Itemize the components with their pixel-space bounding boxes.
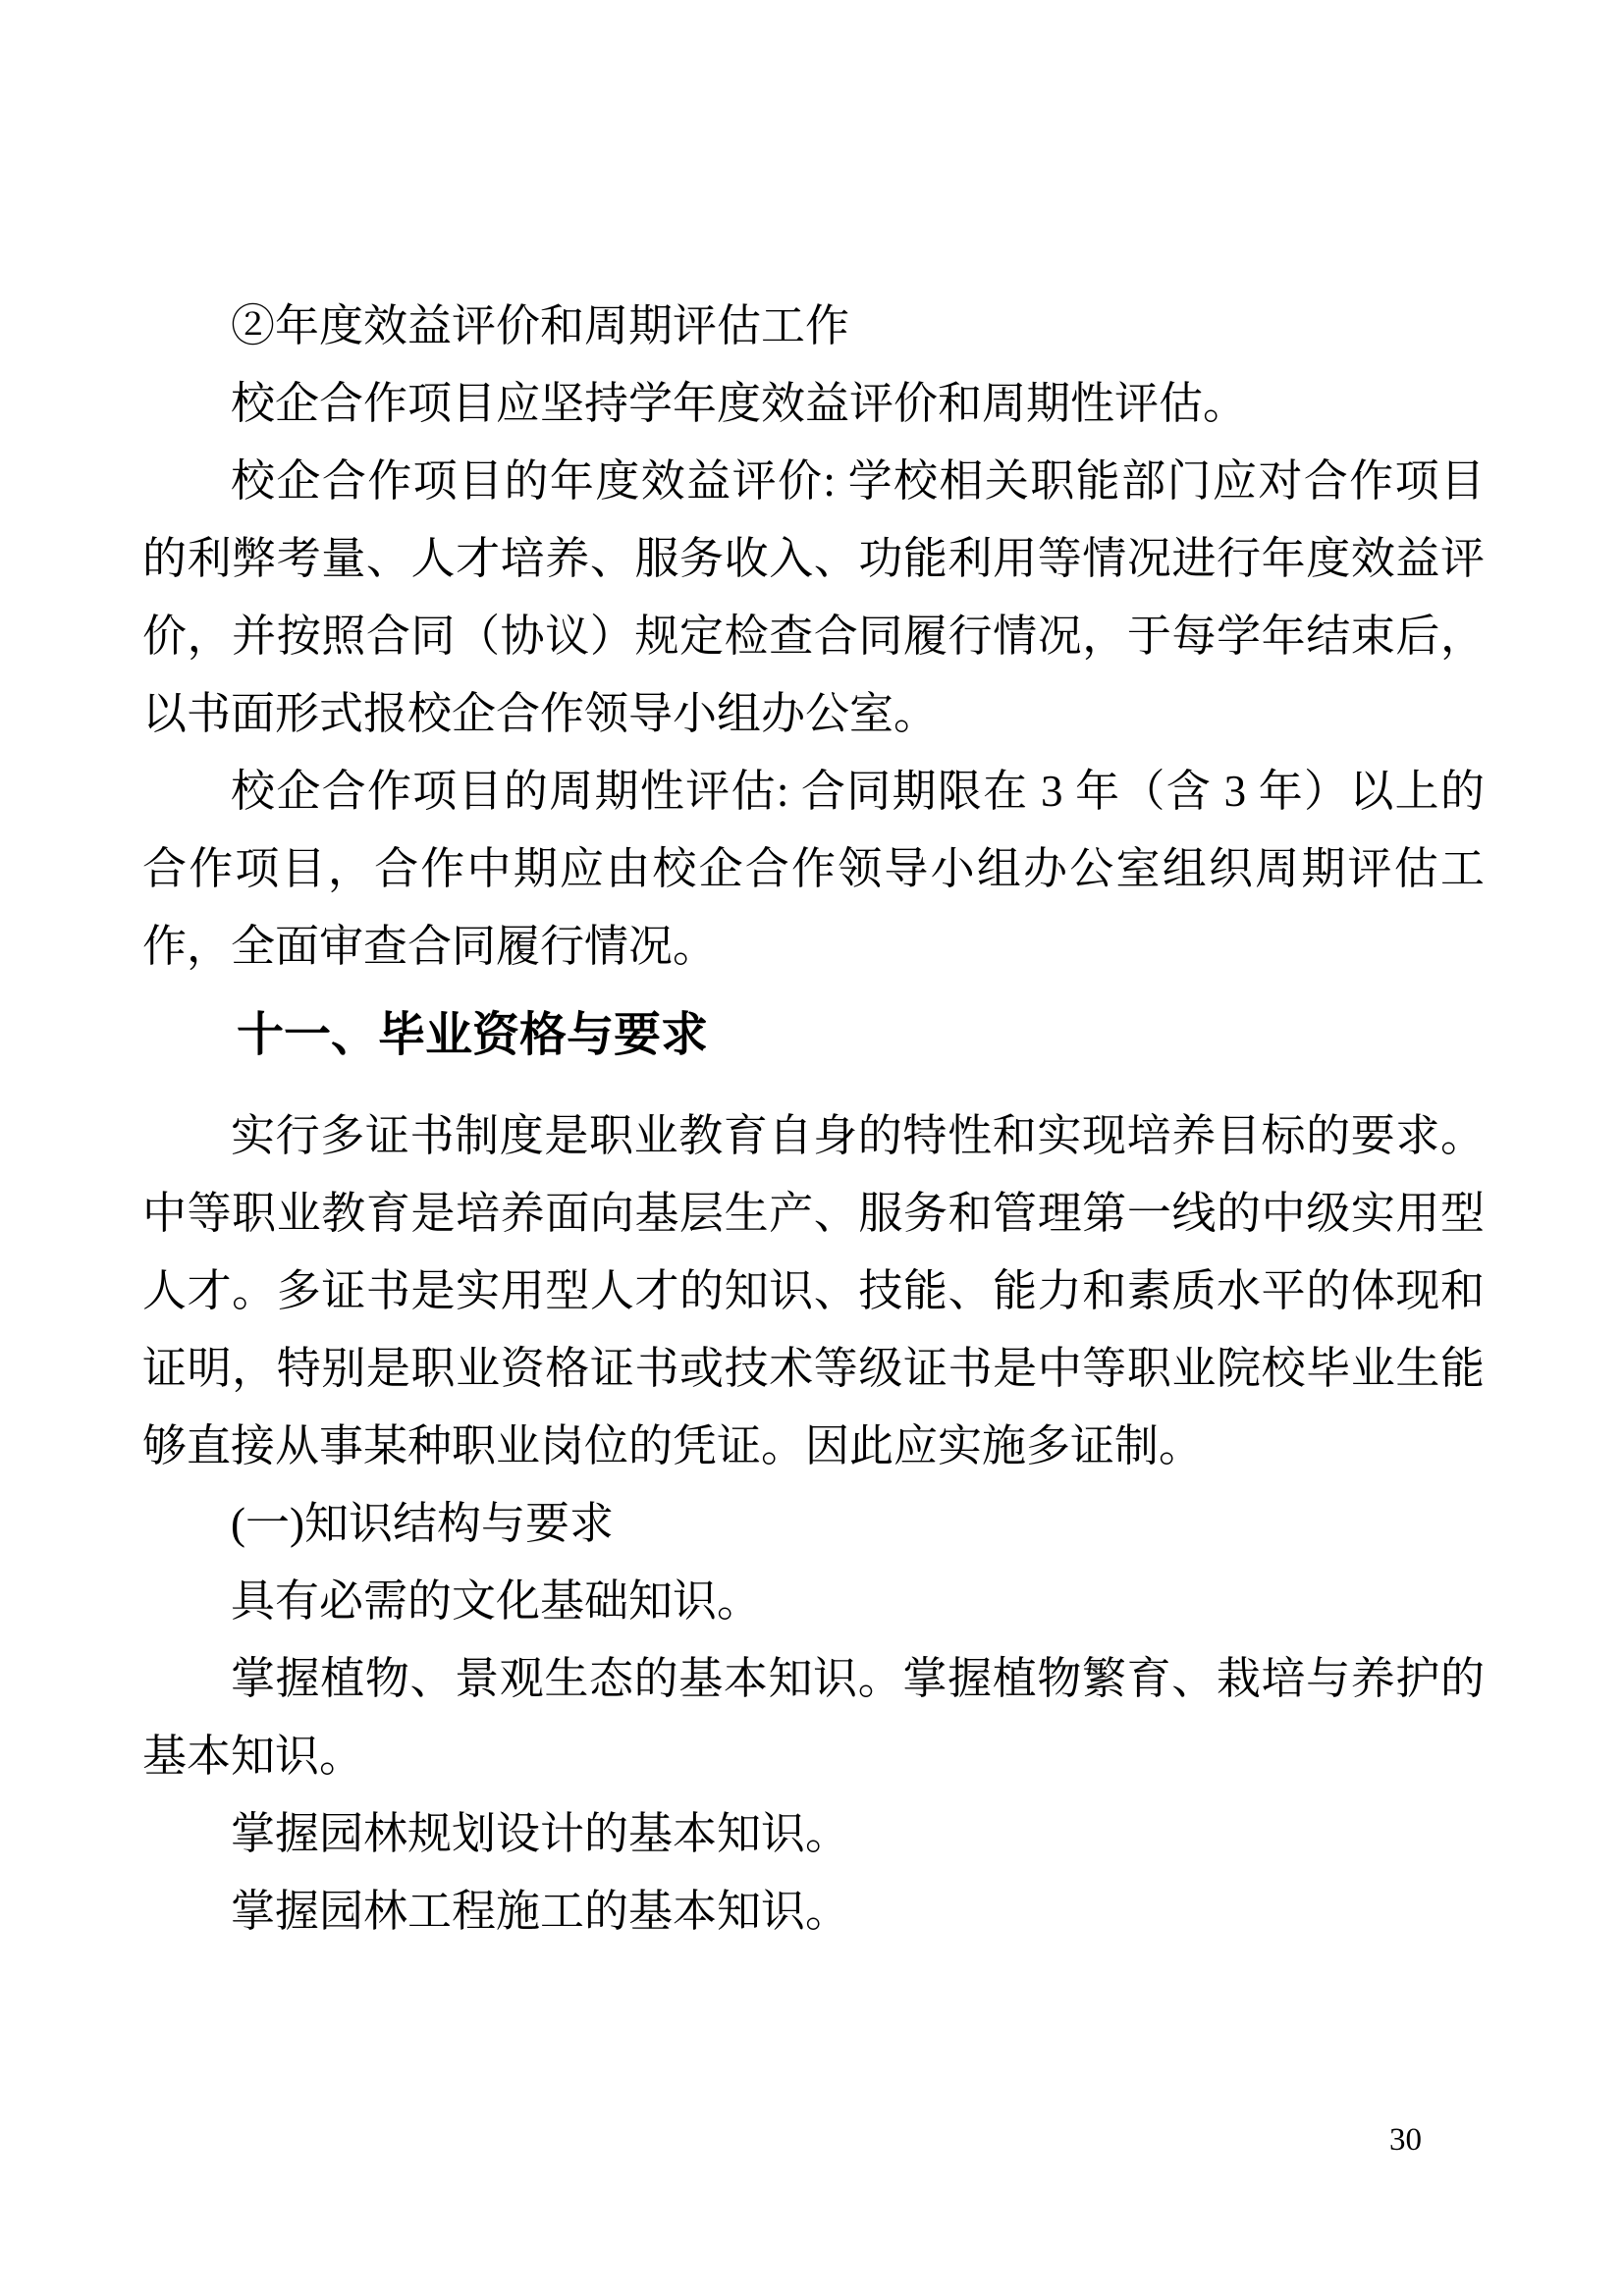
paragraph-evaluation-principle: 校企合作项目应坚持学年度效益评价和周期性评估。 [142, 365, 1485, 443]
subheading-knowledge-structure: (一)知识结构与要求 [142, 1485, 1485, 1563]
paragraph-landscape-planning-knowledge: 掌握园林规划设计的基本知识。 [142, 1795, 1485, 1873]
paragraph-periodic-assessment: 校企合作项目的周期性评估: 合同期限在 3 年（含 3 年）以上的合作项目，合作… [142, 753, 1485, 986]
paragraph-plant-knowledge: 掌握植物、景观生态的基本知识。掌握植物繁育、栽培与养护的基本知识。 [142, 1640, 1485, 1795]
page-number: 30 [1389, 2120, 1422, 2160]
paragraph-multi-certificate-system: 实行多证书制度是职业教育自身的特性和实现培养目标的要求。中等职业教育是培养面向基… [142, 1097, 1485, 1485]
paragraph-annual-benefit-evaluation: 校企合作项目的年度效益评价: 学校相关职能部门应对合作项目的利弊考量、人才培养、… [142, 443, 1485, 753]
section-heading-graduation-requirements: 十一、毕业资格与要求 [142, 1001, 1485, 1070]
paragraph-annual-evaluation-title: ②年度效益评价和周期评估工作 [142, 288, 1485, 365]
paragraph-landscape-construction-knowledge: 掌握园林工程施工的基本知识。 [142, 1873, 1485, 1950]
document-page: ②年度效益评价和周期评估工作 校企合作项目应坚持学年度效益评价和周期性评估。 校… [0, 0, 1624, 2296]
paragraph-cultural-knowledge: 具有必需的文化基础知识。 [142, 1563, 1485, 1640]
document-content: ②年度效益评价和周期评估工作 校企合作项目应坚持学年度效益评价和周期性评估。 校… [142, 288, 1485, 1950]
